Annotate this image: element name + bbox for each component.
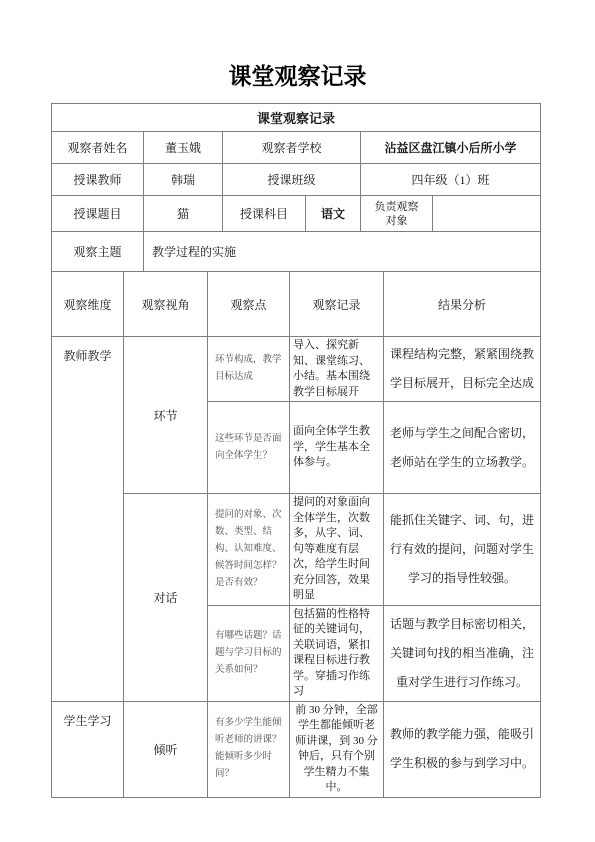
point-cell: 有哪些话题？话题与学习目标的关系如何？ <box>208 605 290 701</box>
perspective-qingting: 倾听 <box>124 701 208 797</box>
point-cell: 这些环节是否面向全体学生？ <box>208 402 290 494</box>
analysis-cell: 课程结构完整，紧紧围绕教学目标展开，目标完全达成 <box>384 337 541 402</box>
teacher-value: 韩瑞 <box>144 164 223 196</box>
table-header: 课堂观察记录 <box>52 104 541 132</box>
col-header-point: 观察点 <box>208 272 290 337</box>
theme-label: 观察主题 <box>52 232 144 272</box>
point-cell: 提问的对象、次数、类型、结构、认知难度、候答时间怎样？是否有效？ <box>208 494 290 606</box>
col-header-dimension: 观察维度 <box>52 272 124 337</box>
subject-value: 语文 <box>306 196 361 232</box>
class-value: 四年级（1）班 <box>361 164 541 196</box>
table-row: 对话 提问的对象、次数、类型、结构、认知难度、候答时间怎样？是否有效？ 提问的对… <box>52 494 541 606</box>
col-header-record: 观察记录 <box>290 272 384 337</box>
observer-school-value: 沾益区盘江镇小后所小学 <box>361 132 541 164</box>
observation-grid: 观察维度 观察视角 观察点 观察记录 结果分析 教师教学 环节 环节构成，教学目… <box>51 271 541 798</box>
observe-target-label: 负责观察对象 <box>361 196 433 232</box>
analysis-cell: 教师的教学能力强，能吸引学生积极的参与到学习中。 <box>384 701 541 797</box>
record-cell: 提问的对象面向全体学生，次数多，从字、词、句等难度有层次，给学生时间充分回答，效… <box>290 494 384 606</box>
dimension-student: 学生学习 <box>52 701 124 797</box>
observe-target-value <box>433 196 541 232</box>
perspective-huanjie: 环节 <box>124 337 208 494</box>
info-section: 课堂观察记录 观察者姓名 董玉娥 观察者学校 沾益区盘江镇小后所小学 授课教师 … <box>51 103 541 272</box>
record-cell: 包括猫的性格特征的关键词句，关联词语，紧扣课程目标进行教学。穿插习作练习 <box>290 605 384 701</box>
table-row: 教师教学 环节 环节构成，教学目标达成 导入、探究新知、课堂练习、小结。基本围绕… <box>52 337 541 402</box>
analysis-cell: 话题与教学目标密切相关，关键词句找的相当准确，注重对学生进行习作练习。 <box>384 605 541 701</box>
record-cell: 面向全体学生教学，学生基本全体参与。 <box>290 402 384 494</box>
table-row: 学生学习 倾听 有多少学生能倾听老师的讲课？能倾听多少时间？ 前 30 分钟，全… <box>52 701 541 797</box>
page-title: 课堂观察记录 <box>0 0 595 92</box>
point-cell: 有多少学生能倾听老师的讲课？能倾听多少时间？ <box>208 701 290 797</box>
subject-label: 授课科目 <box>223 196 306 232</box>
dimension-teacher: 教师教学 <box>52 337 124 702</box>
record-cell: 前 30 分钟，全部学生都能倾听老师讲课，到 30 分钟后，只有个别学生精力不集… <box>290 701 384 797</box>
observer-name-label: 观察者姓名 <box>52 132 144 164</box>
document-page: 课堂观察记录 课堂观察记录 观察者姓名 董玉娥 观察者学校 沾益区盘江镇小后所小… <box>0 0 595 842</box>
observer-name-value: 董玉娥 <box>144 132 223 164</box>
observation-table: 课堂观察记录 观察者姓名 董玉娥 观察者学校 沾益区盘江镇小后所小学 授课教师 … <box>51 103 595 798</box>
analysis-cell: 能抓住关键字、词、句，进行有效的提问，问题对学生学习的指导性较强。 <box>384 494 541 606</box>
observer-school-label: 观察者学校 <box>223 132 361 164</box>
perspective-duihua: 对话 <box>124 494 208 702</box>
class-label: 授课班级 <box>223 164 361 196</box>
col-header-perspective: 观察视角 <box>124 272 208 337</box>
point-cell: 环节构成，教学目标达成 <box>208 337 290 402</box>
lesson-title-label: 授课题目 <box>52 196 144 232</box>
teacher-label: 授课教师 <box>52 164 144 196</box>
theme-value: 教学过程的实施 <box>144 232 541 272</box>
record-cell: 导入、探究新知、课堂练习、小结。基本围绕教学目标展开 <box>290 337 384 402</box>
analysis-cell: 老师与学生之间配合密切，老师站在学生的立场教学。 <box>384 402 541 494</box>
lesson-title-value: 猫 <box>144 196 223 232</box>
col-header-analysis: 结果分析 <box>384 272 541 337</box>
